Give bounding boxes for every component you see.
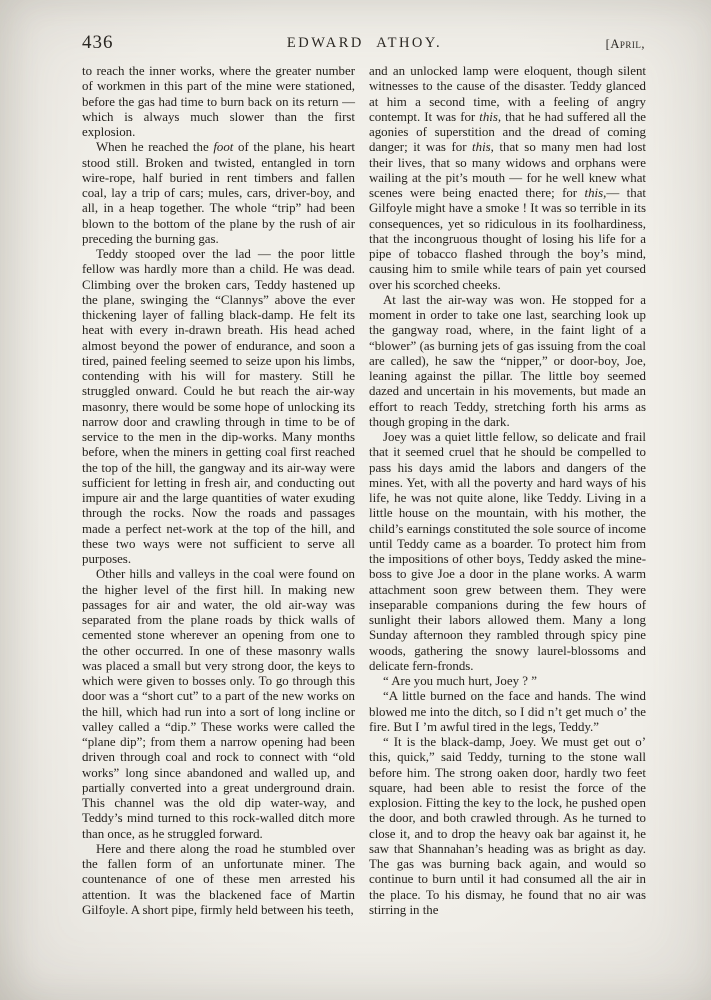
italic-text-segment: foot [213, 140, 233, 154]
paragraph: “A little burned on the face and hands. … [369, 689, 646, 735]
issue-date: [April, [606, 37, 645, 52]
paragraph: At last the air-way was won. He stopped … [369, 293, 646, 430]
italic-text-segment: this [479, 110, 498, 124]
paragraph: Teddy stooped over the lad — the poor li… [82, 247, 355, 567]
text-columns: to reach the inner works, where the grea… [82, 64, 647, 918]
book-page: 436 EDWARD ATHOY. [April, to reach the i… [0, 0, 711, 1000]
text-segment: “ It is the black-damp, Joey. We must ge… [369, 735, 646, 917]
text-segment: ,— that Gilfoyle might have a smoke ! It… [369, 186, 646, 292]
right-column: and an unlocked lamp were eloquent, thou… [369, 64, 646, 918]
left-column: to reach the inner works, where the grea… [82, 64, 355, 918]
text-segment: Here and there along the road he stumble… [82, 842, 355, 917]
paragraph: and an unlocked lamp were eloquent, thou… [369, 64, 646, 293]
italic-text-segment: this [585, 186, 604, 200]
paragraph: “ Are you much hurt, Joey ? ” [369, 674, 646, 689]
text-segment: “A little burned on the face and hands. … [369, 689, 646, 734]
paragraph: “ It is the black-damp, Joey. We must ge… [369, 735, 646, 918]
text-segment: Teddy stooped over the lad — the poor li… [82, 247, 355, 566]
page-header: 436 EDWARD ATHOY. [April, [82, 30, 647, 54]
text-segment: “ Are you much hurt, Joey ? ” [383, 674, 537, 688]
paragraph: Here and there along the road he stumble… [82, 842, 355, 918]
paragraph: Other hills and valleys in the coal were… [82, 567, 355, 842]
text-segment: At last the air-way was won. He stopped … [369, 293, 646, 429]
text-segment: When he reached the [96, 140, 213, 154]
paragraph: When he reached the foot of the plane, h… [82, 140, 355, 247]
paragraph: to reach the inner works, where the grea… [82, 64, 355, 140]
text-segment: Other hills and valleys in the coal were… [82, 567, 355, 840]
paragraph: Joey was a quiet little fellow, so delic… [369, 430, 646, 674]
running-title: EDWARD ATHOY. [82, 35, 647, 52]
italic-text-segment: this [472, 140, 491, 154]
text-segment: to reach the inner works, where the grea… [82, 64, 355, 139]
text-segment: Joey was a quiet little fellow, so delic… [369, 430, 646, 673]
text-segment: of the plane, his heart stood still. Bro… [82, 140, 355, 246]
